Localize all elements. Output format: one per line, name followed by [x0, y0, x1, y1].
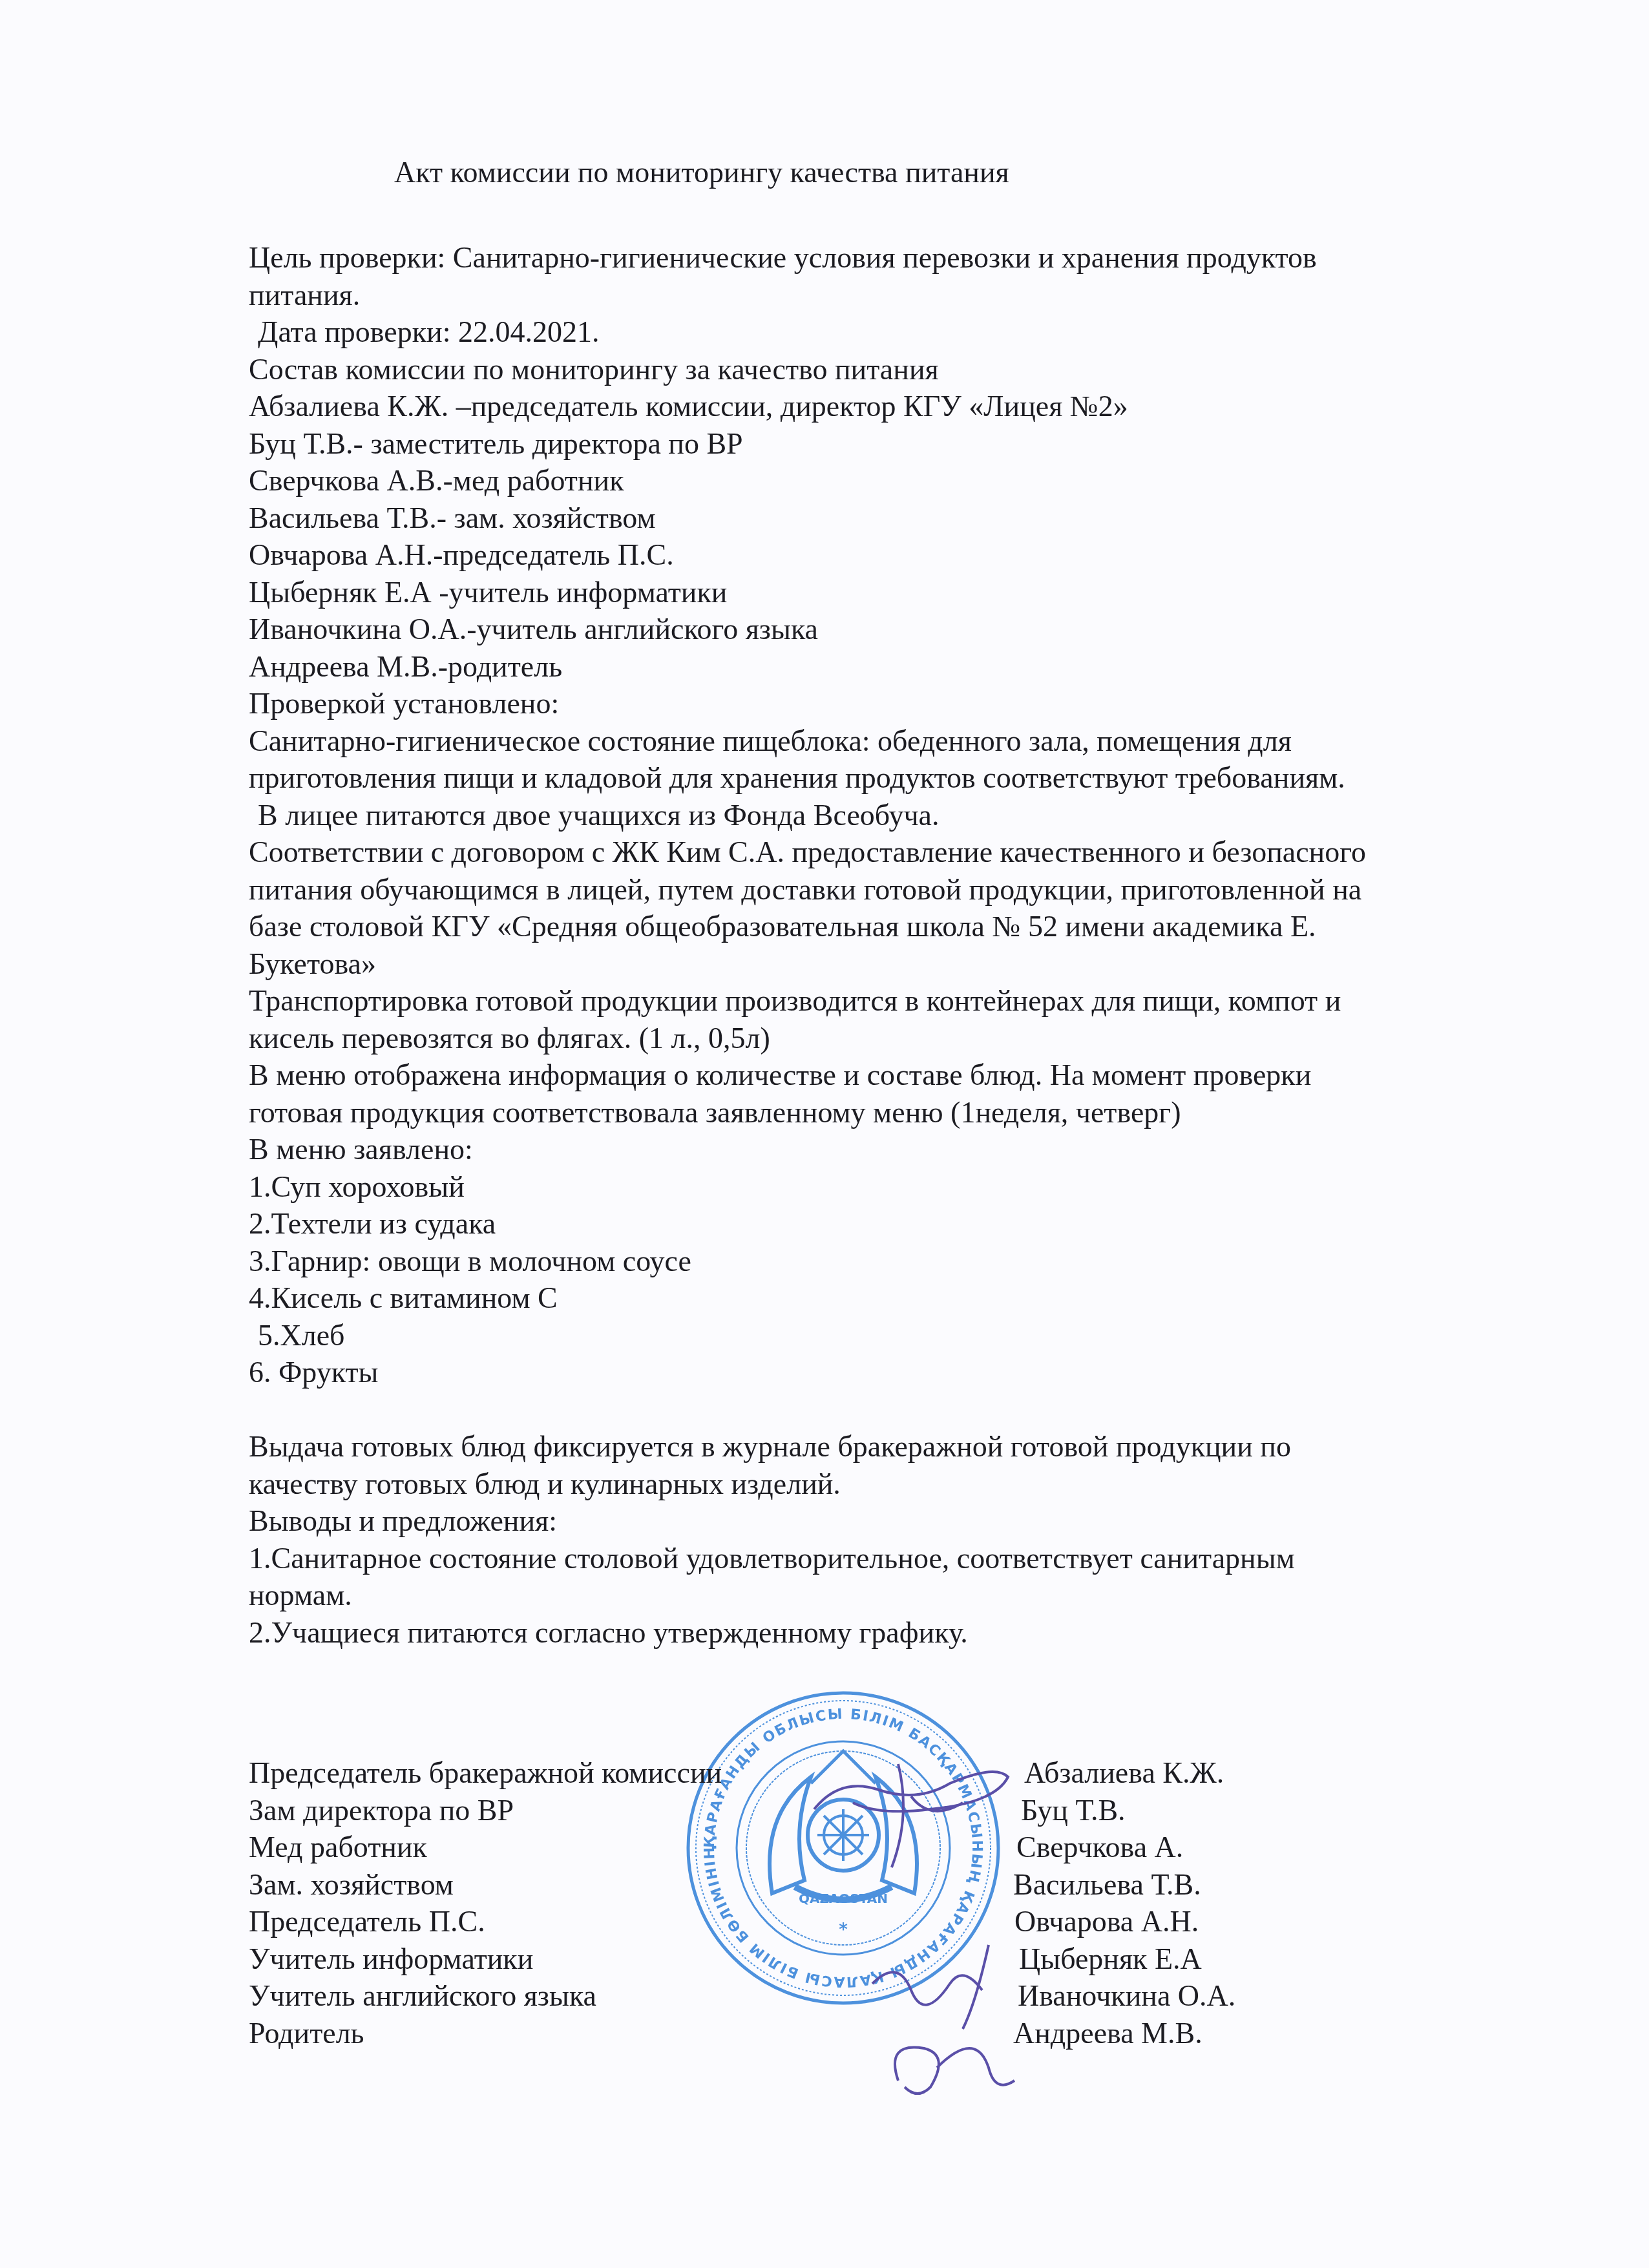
menu-item: 3.Гарнир: овощи в молочном соусе [249, 1243, 1476, 1280]
signatory-role: Родитель [249, 2015, 364, 2052]
findings-line: Букетова» [249, 945, 1476, 983]
signatory-name: Цыберняк Е.А [1019, 1940, 1202, 1978]
menu-item: 6. Фрукты [249, 1354, 1476, 1391]
findings-line: базе столовой КГУ «Средняя общеобразоват… [249, 908, 1476, 945]
journal-note-line: качеству готовых блюд и кулинарных издел… [249, 1465, 1476, 1503]
commission-heading: Состав комиссии по мониторингу за качест… [249, 351, 1476, 388]
commission-member: Иваночкина О.А.-учитель английского язык… [249, 611, 1476, 648]
signatory-name: Абзалиева К.Ж. [1024, 1754, 1224, 1792]
commission-member: Андреева М.В.-родитель [249, 648, 1476, 686]
menu-list: 1.Суп хороховый 2.Техтели из судака 3.Га… [249, 1168, 1476, 1391]
menu-item: 5.Хлеб [249, 1317, 1476, 1354]
signatory-role: Учитель английского языка [249, 1977, 596, 2015]
conclusion-line: 2.Учащиеся питаются согласно утвержденно… [249, 1614, 1476, 1652]
signatory-role: Зам директора по ВР [249, 1792, 514, 1829]
menu-item: 2.Техтели из судака [249, 1205, 1476, 1243]
findings-heading: Проверкой установлено: [249, 685, 1476, 722]
blank-line [249, 1391, 1476, 1429]
inspection-date: Дата проверки: 22.04.2021. [249, 313, 1476, 351]
signatory-role: Мед работник [249, 1829, 427, 1866]
commission-member-list: Абзалиева К.Ж. –председатель комиссии, д… [249, 388, 1476, 685]
conclusion-line: 1.Санитарное состояние столовой удовлетв… [249, 1540, 1476, 1577]
signatory-name: Андреева М.В. [1013, 2015, 1203, 2052]
menu-item: 4.Кисель с витамином С [249, 1279, 1476, 1317]
commission-member: Цыберняк Е.А -учитель информатики [249, 574, 1476, 611]
signatory-name: Буц Т.В. [1021, 1792, 1126, 1829]
findings-line: приготовления пищи и кладовой для хранен… [249, 759, 1476, 797]
signatory-name: Васильева Т.В. [1013, 1866, 1201, 1904]
signatory-role: Председатель бракеражной комиссии [249, 1754, 722, 1792]
handwritten-signature-icon [801, 1738, 1014, 1880]
document-title: Акт комиссии по мониторингу качества пит… [394, 154, 1009, 191]
findings-line: Санитарно-гигиеническое состояние пищебл… [249, 722, 1476, 760]
findings-line: Соответствии с договором с ЖК Ким С.А. п… [249, 834, 1476, 871]
signatory-name: Иваночкина О.А. [1018, 1977, 1235, 2015]
signatory-name: Овчарова А.Н. [1014, 1903, 1199, 1940]
menu-item: 1.Суп хороховый [249, 1168, 1476, 1206]
signature-row: Председатель П.С. Овчарова А.Н. [249, 1903, 1541, 1940]
purpose-line-2: питания. [249, 277, 1476, 314]
findings-line: Транспортировка готовой продукции произв… [249, 982, 1476, 1020]
commission-member: Сверчкова А.В.-мед работник [249, 462, 1476, 499]
signatory-role: Учитель информатики [249, 1940, 533, 1978]
scanned-document-page: Акт комиссии по мониторингу качества пит… [0, 0, 1649, 2268]
signatory-role: Зам. хозяйством [249, 1866, 454, 1904]
menu-heading: В меню заявлено: [249, 1131, 1476, 1168]
findings-text: Санитарно-гигиеническое состояние пищебл… [249, 722, 1476, 1131]
journal-note-line: Выдача готовых блюд фиксируется в журнал… [249, 1428, 1476, 1465]
findings-line: В меню отображена информация о количеств… [249, 1056, 1476, 1094]
signatory-name: Сверчкова А. [1016, 1829, 1183, 1866]
signatory-role: Председатель П.С. [249, 1903, 485, 1940]
commission-member: Васильева Т.В.- зам. хозяйством [249, 499, 1476, 537]
findings-line: В лицее питаются двое учащихся из Фонда … [249, 797, 1476, 834]
commission-member: Овчарова А.Н.-председатель П.С. [249, 536, 1476, 574]
findings-line: кисель перевозятся во флягах. (1 л., 0,5… [249, 1020, 1476, 1057]
purpose-line-1: Цель проверки: Санитарно-гигиенические у… [249, 239, 1476, 277]
conclusions-heading: Выводы и предложения: [249, 1502, 1476, 1540]
conclusion-line: нормам. [249, 1577, 1476, 1614]
document-body: Цель проверки: Санитарно-гигиенические у… [249, 239, 1476, 1651]
commission-member: Буц Т.В.- заместитель директора по ВР [249, 425, 1476, 463]
findings-line: питания обучающимся в лицей, путем доста… [249, 871, 1476, 908]
findings-line: готовая продукция соответствовала заявле… [249, 1094, 1476, 1131]
commission-member: Абзалиева К.Ж. –председатель комиссии, д… [249, 388, 1476, 425]
handwritten-signature-icon [859, 1938, 1027, 2106]
